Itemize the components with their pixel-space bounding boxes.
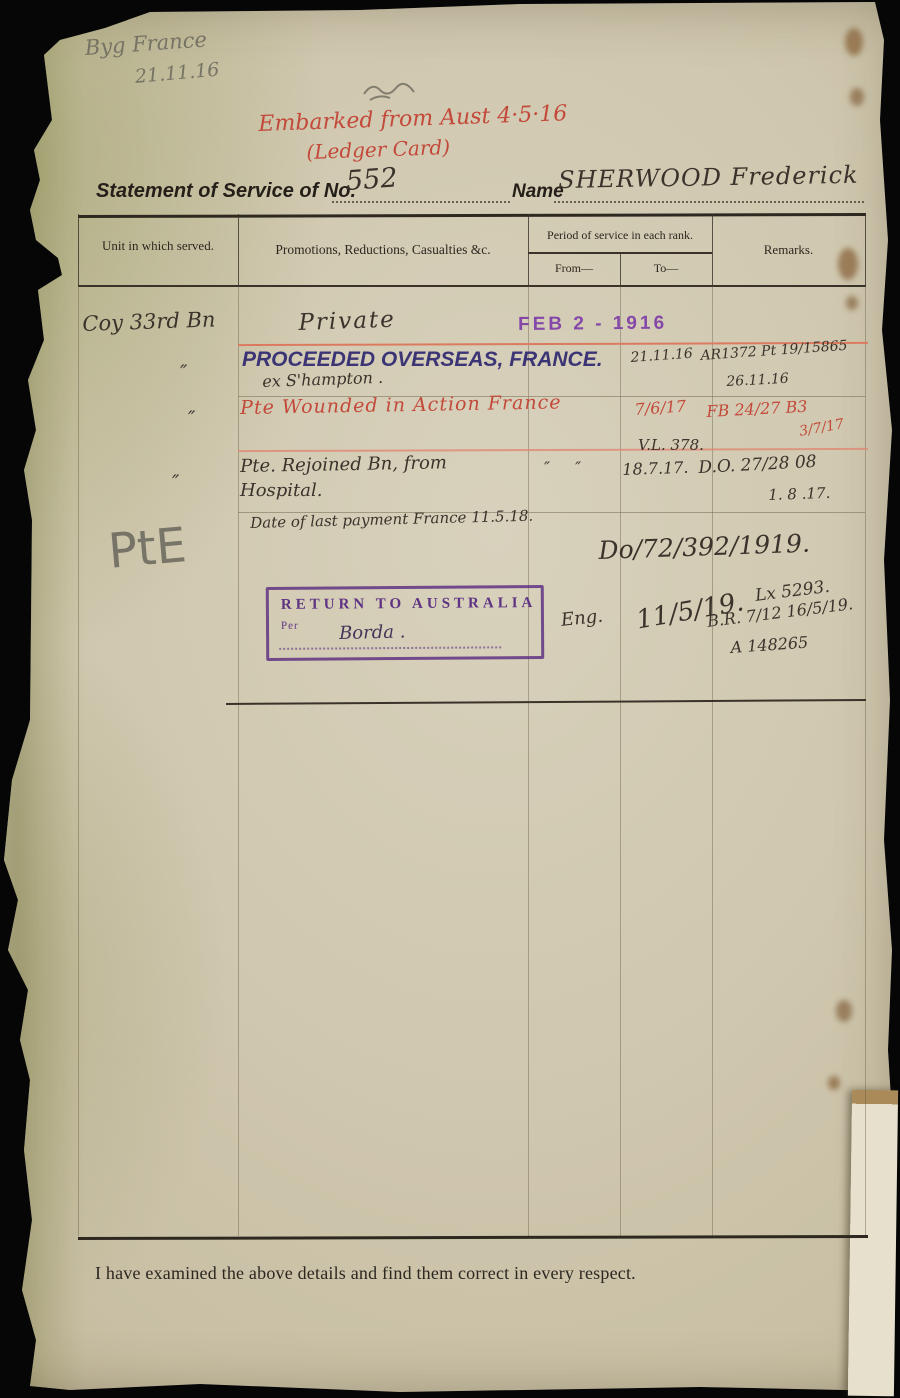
rejoined-entry-line2: Hospital.	[240, 480, 323, 501]
dotted-rule	[554, 200, 864, 203]
return-stamp-title: RETURN TO AUSTRALIA	[281, 595, 537, 614]
red-note-line2: (Ledger Card)	[306, 135, 450, 164]
col-line-body	[238, 286, 239, 1236]
ditto-mark: ″	[180, 360, 187, 384]
return-to-australia-stamp: RETURN TO AUSTRALIA Per Borda .	[266, 585, 545, 661]
rejoined-remarks-date: 1. 8 .17.	[768, 484, 831, 504]
header-bottom-rule	[78, 285, 866, 287]
vl-reference: V.L. 378.	[638, 436, 704, 454]
col-line-body	[620, 286, 621, 1236]
certification-text: I have examined the above details and fi…	[95, 1263, 636, 1284]
proceeded-overseas-stamp: PROCEEDED OVERSEAS, FRANCE.	[242, 348, 603, 372]
rust-stain	[850, 88, 864, 106]
col-header-unit: Unit in which served.	[78, 238, 238, 254]
pencil-scribble-icon	[360, 78, 420, 108]
document-title: Statement of Service of No.	[96, 180, 356, 203]
dotted-rule	[279, 646, 501, 650]
return-stamp-per-label: Per	[281, 620, 299, 632]
col-line-body	[528, 286, 529, 1236]
col-header-period: Period of service in each rank.	[528, 228, 712, 243]
col-header-from: From—	[528, 261, 620, 276]
col-line-body	[712, 286, 713, 1236]
name-value: SHERWOOD Frederick	[558, 161, 859, 194]
col-header-promotions: Promotions, Reductions, Casualties &c.	[238, 242, 528, 258]
rust-stain	[845, 28, 863, 56]
rust-stain	[836, 1000, 852, 1022]
proceeded-remarks-date: 26.11.16	[726, 371, 789, 390]
dotted-rule	[332, 200, 510, 203]
col-line-body	[78, 286, 79, 1236]
table-outer-right	[865, 214, 866, 286]
rank-entry: Private	[298, 307, 396, 336]
ditto-mark: ″	[188, 406, 195, 430]
ditto-mark: ″	[172, 470, 179, 494]
scanned-document-page: Byg France 21.11.16 Embarked from Aust 4…	[0, 0, 900, 1398]
eng-note: Eng.	[560, 606, 604, 631]
col-line-body	[865, 286, 866, 1236]
paper-repair-patch	[848, 1090, 898, 1397]
rejoined-to-date: 18.7.17.	[622, 458, 689, 479]
ship-name: Borda .	[339, 621, 406, 644]
wounded-from-date: 7/6/17	[634, 396, 687, 419]
unit-entry: Coy 33rd Bn	[82, 307, 216, 336]
rejoined-entry-line1: Pte. Rejoined Bn, from	[240, 452, 447, 477]
rust-stain	[828, 1076, 840, 1090]
service-number: 552	[345, 162, 399, 197]
rust-stain	[846, 296, 858, 310]
col-header-remarks: Remarks.	[712, 242, 865, 258]
date-received-stamp: FEB 2 - 1916	[518, 313, 667, 336]
pencil-pte-annotation: PtE	[106, 517, 189, 580]
rejoined-from-ditto: ″ ″	[544, 458, 591, 477]
col-header-to: To—	[620, 261, 712, 276]
